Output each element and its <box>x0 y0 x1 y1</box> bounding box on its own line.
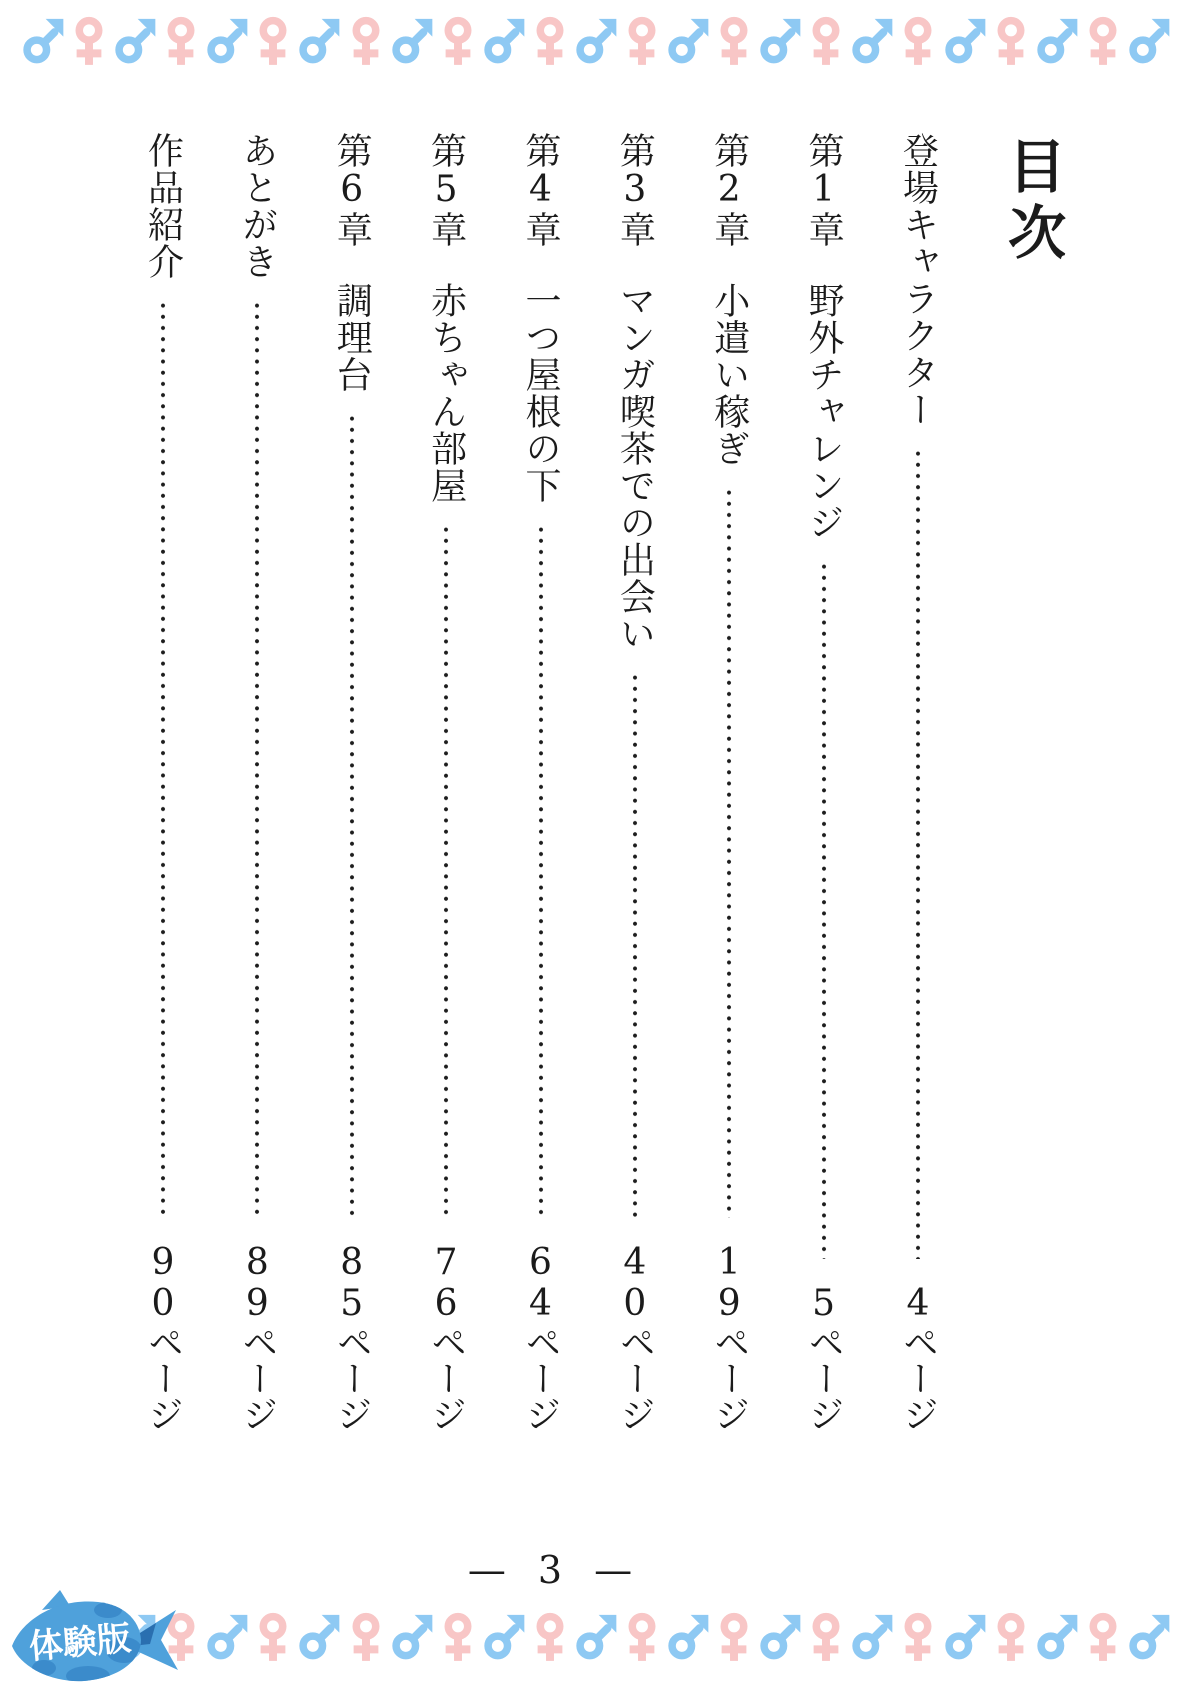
toc-entry-page-suffix: ページ <box>898 1324 939 1432</box>
female-icon <box>1080 1609 1126 1665</box>
toc-entry-dotted-leader <box>254 300 260 1218</box>
toc-entry-page-suffix: ページ <box>331 1324 372 1432</box>
toc-entry: 第6章 調理台 85ページ <box>330 132 374 1432</box>
toc-entry-page-suffix: ページ <box>709 1324 750 1432</box>
toc-entry-page: 19ページ <box>704 1242 755 1432</box>
toc-entry-page-number: 89 <box>237 1242 278 1324</box>
toc-entry-title: 作品紹介 <box>138 132 189 280</box>
toc-entry-page: 4ページ <box>893 1283 944 1432</box>
toc-entry-page-number: 90 <box>143 1242 184 1324</box>
toc-entry-page-suffix: ページ <box>426 1324 467 1432</box>
female-icon <box>711 1609 757 1665</box>
male-icon <box>1126 13 1172 69</box>
toc-entry: 登場キャラクター 4ページ <box>896 132 940 1432</box>
female-icon <box>435 1609 481 1665</box>
male-icon <box>1126 1609 1172 1665</box>
male-icon <box>296 1609 342 1665</box>
male-icon <box>296 13 342 69</box>
toc-entry: 作品紹介 90ページ <box>141 132 185 1432</box>
toc-entry-dotted-leader <box>821 561 827 1259</box>
male-icon <box>757 13 803 69</box>
toc-entry-dotted-leader <box>160 300 166 1218</box>
female-icon <box>988 13 1034 69</box>
toc-entry: 第1章 野外チャレンジ 5ページ <box>802 132 846 1432</box>
trial-version-fish-logo: 体験版 <box>4 1588 186 1684</box>
toc-entry-page-suffix: ページ <box>520 1324 561 1432</box>
toc-entry-chapter: 第3章 <box>609 132 660 248</box>
female-icon <box>435 13 481 69</box>
toc-entry-dotted-leader <box>726 487 732 1218</box>
toc-entry-page: 76ページ <box>421 1242 472 1432</box>
toc-entry-dotted-leader <box>349 413 355 1218</box>
page-title: 目次 <box>990 136 1074 268</box>
toc-entry-page-number: 5 <box>803 1283 844 1324</box>
male-icon <box>112 13 158 69</box>
toc-entry-page: 5ページ <box>798 1283 849 1432</box>
male-icon <box>389 13 435 69</box>
toc-entry-title: 一つ屋根の下 <box>515 282 566 504</box>
male-icon <box>942 1609 988 1665</box>
female-icon <box>803 1609 849 1665</box>
toc-entry: 第4章 一つ屋根の下 64ページ <box>519 132 563 1432</box>
female-icon <box>988 1609 1034 1665</box>
toc-entry-page: 90ページ <box>138 1242 189 1432</box>
female-icon <box>158 13 204 69</box>
male-icon <box>665 13 711 69</box>
female-icon <box>1080 13 1126 69</box>
toc-entry-page-suffix: ページ <box>237 1324 278 1432</box>
male-icon <box>573 13 619 69</box>
female-icon <box>895 13 941 69</box>
toc-entry-title: 赤ちゃん部屋 <box>421 282 472 504</box>
toc-entry-title: あとがき <box>232 132 283 280</box>
toc-entry-chapter: 第4章 <box>515 132 566 248</box>
male-icon <box>1034 1609 1080 1665</box>
male-icon <box>481 13 527 69</box>
male-icon <box>204 13 250 69</box>
male-icon <box>849 1609 895 1665</box>
toc-entry-page-number: 76 <box>426 1242 467 1324</box>
toc-entry-page: 64ページ <box>515 1242 566 1432</box>
female-icon <box>66 13 112 69</box>
gender-symbols-border-top <box>0 10 1192 72</box>
toc-entry: 第5章 赤ちゃん部屋 76ページ <box>424 132 468 1432</box>
male-icon <box>204 1609 250 1665</box>
female-icon <box>343 1609 389 1665</box>
toc-entry-title: 野外チャレンジ <box>798 282 849 541</box>
female-icon <box>343 13 389 69</box>
toc-entries: 登場キャラクター 4ページ 第1章 野外チャレンジ 5ページ 第2章 小遣い稼ぎ… <box>141 132 940 1432</box>
toc-entry-page-number: 19 <box>709 1242 750 1324</box>
toc-entry-chapter: 第2章 <box>704 132 755 248</box>
toc-entry-page-suffix: ページ <box>803 1324 844 1432</box>
female-icon <box>250 13 296 69</box>
toc-entry-title: 小遣い稼ぎ <box>704 282 755 467</box>
toc-entry-title: マンガ喫茶での出会い <box>609 282 660 652</box>
female-icon <box>619 1609 665 1665</box>
toc-entry-title: 登場キャラクター <box>893 132 944 428</box>
female-icon <box>803 13 849 69</box>
female-icon <box>250 1609 296 1665</box>
toc-entry-chapter: 第1章 <box>798 132 849 248</box>
male-icon <box>757 1609 803 1665</box>
page-number-footer: — 3 — <box>0 1548 1110 1592</box>
toc-entry-dotted-leader <box>915 448 921 1259</box>
male-icon <box>665 1609 711 1665</box>
male-icon <box>942 13 988 69</box>
male-icon <box>849 13 895 69</box>
toc-entry-page: 85ページ <box>326 1242 377 1432</box>
toc-entry-chapter: 第5章 <box>421 132 472 248</box>
female-icon <box>527 1609 573 1665</box>
toc-entry: 第2章 小遣い稼ぎ 19ページ <box>707 132 751 1432</box>
male-icon <box>1034 13 1080 69</box>
female-icon <box>895 1609 941 1665</box>
male-icon <box>20 13 66 69</box>
female-icon <box>711 13 757 69</box>
toc-entry-page-suffix: ページ <box>143 1324 184 1432</box>
toc-entry-chapter: 第6章 <box>326 132 377 248</box>
toc-entry-dotted-leader <box>632 672 638 1218</box>
toc-page: { "page": { "title": "目次", "footer_page_… <box>0 0 1192 1684</box>
female-icon <box>527 13 573 69</box>
male-icon <box>481 1609 527 1665</box>
toc-entry-page-number: 85 <box>331 1242 372 1324</box>
toc-entry: 第3章 マンガ喫茶での出会い 40ページ <box>613 132 657 1432</box>
toc-entry-dotted-leader <box>443 524 449 1218</box>
toc-entry-page: 89ページ <box>232 1242 283 1432</box>
toc-entry-page-number: 64 <box>520 1242 561 1324</box>
toc-entry-title: 調理台 <box>326 282 377 393</box>
toc-entry-page-suffix: ページ <box>614 1324 655 1432</box>
female-icon <box>619 13 665 69</box>
toc-entry-page: 40ページ <box>609 1242 660 1432</box>
toc-entry: あとがき 89ページ <box>235 132 279 1432</box>
toc-entry-dotted-leader <box>538 524 544 1218</box>
male-icon <box>573 1609 619 1665</box>
toc-entry-page-number: 4 <box>898 1283 939 1324</box>
male-icon <box>389 1609 435 1665</box>
toc-entry-page-number: 40 <box>614 1242 655 1324</box>
